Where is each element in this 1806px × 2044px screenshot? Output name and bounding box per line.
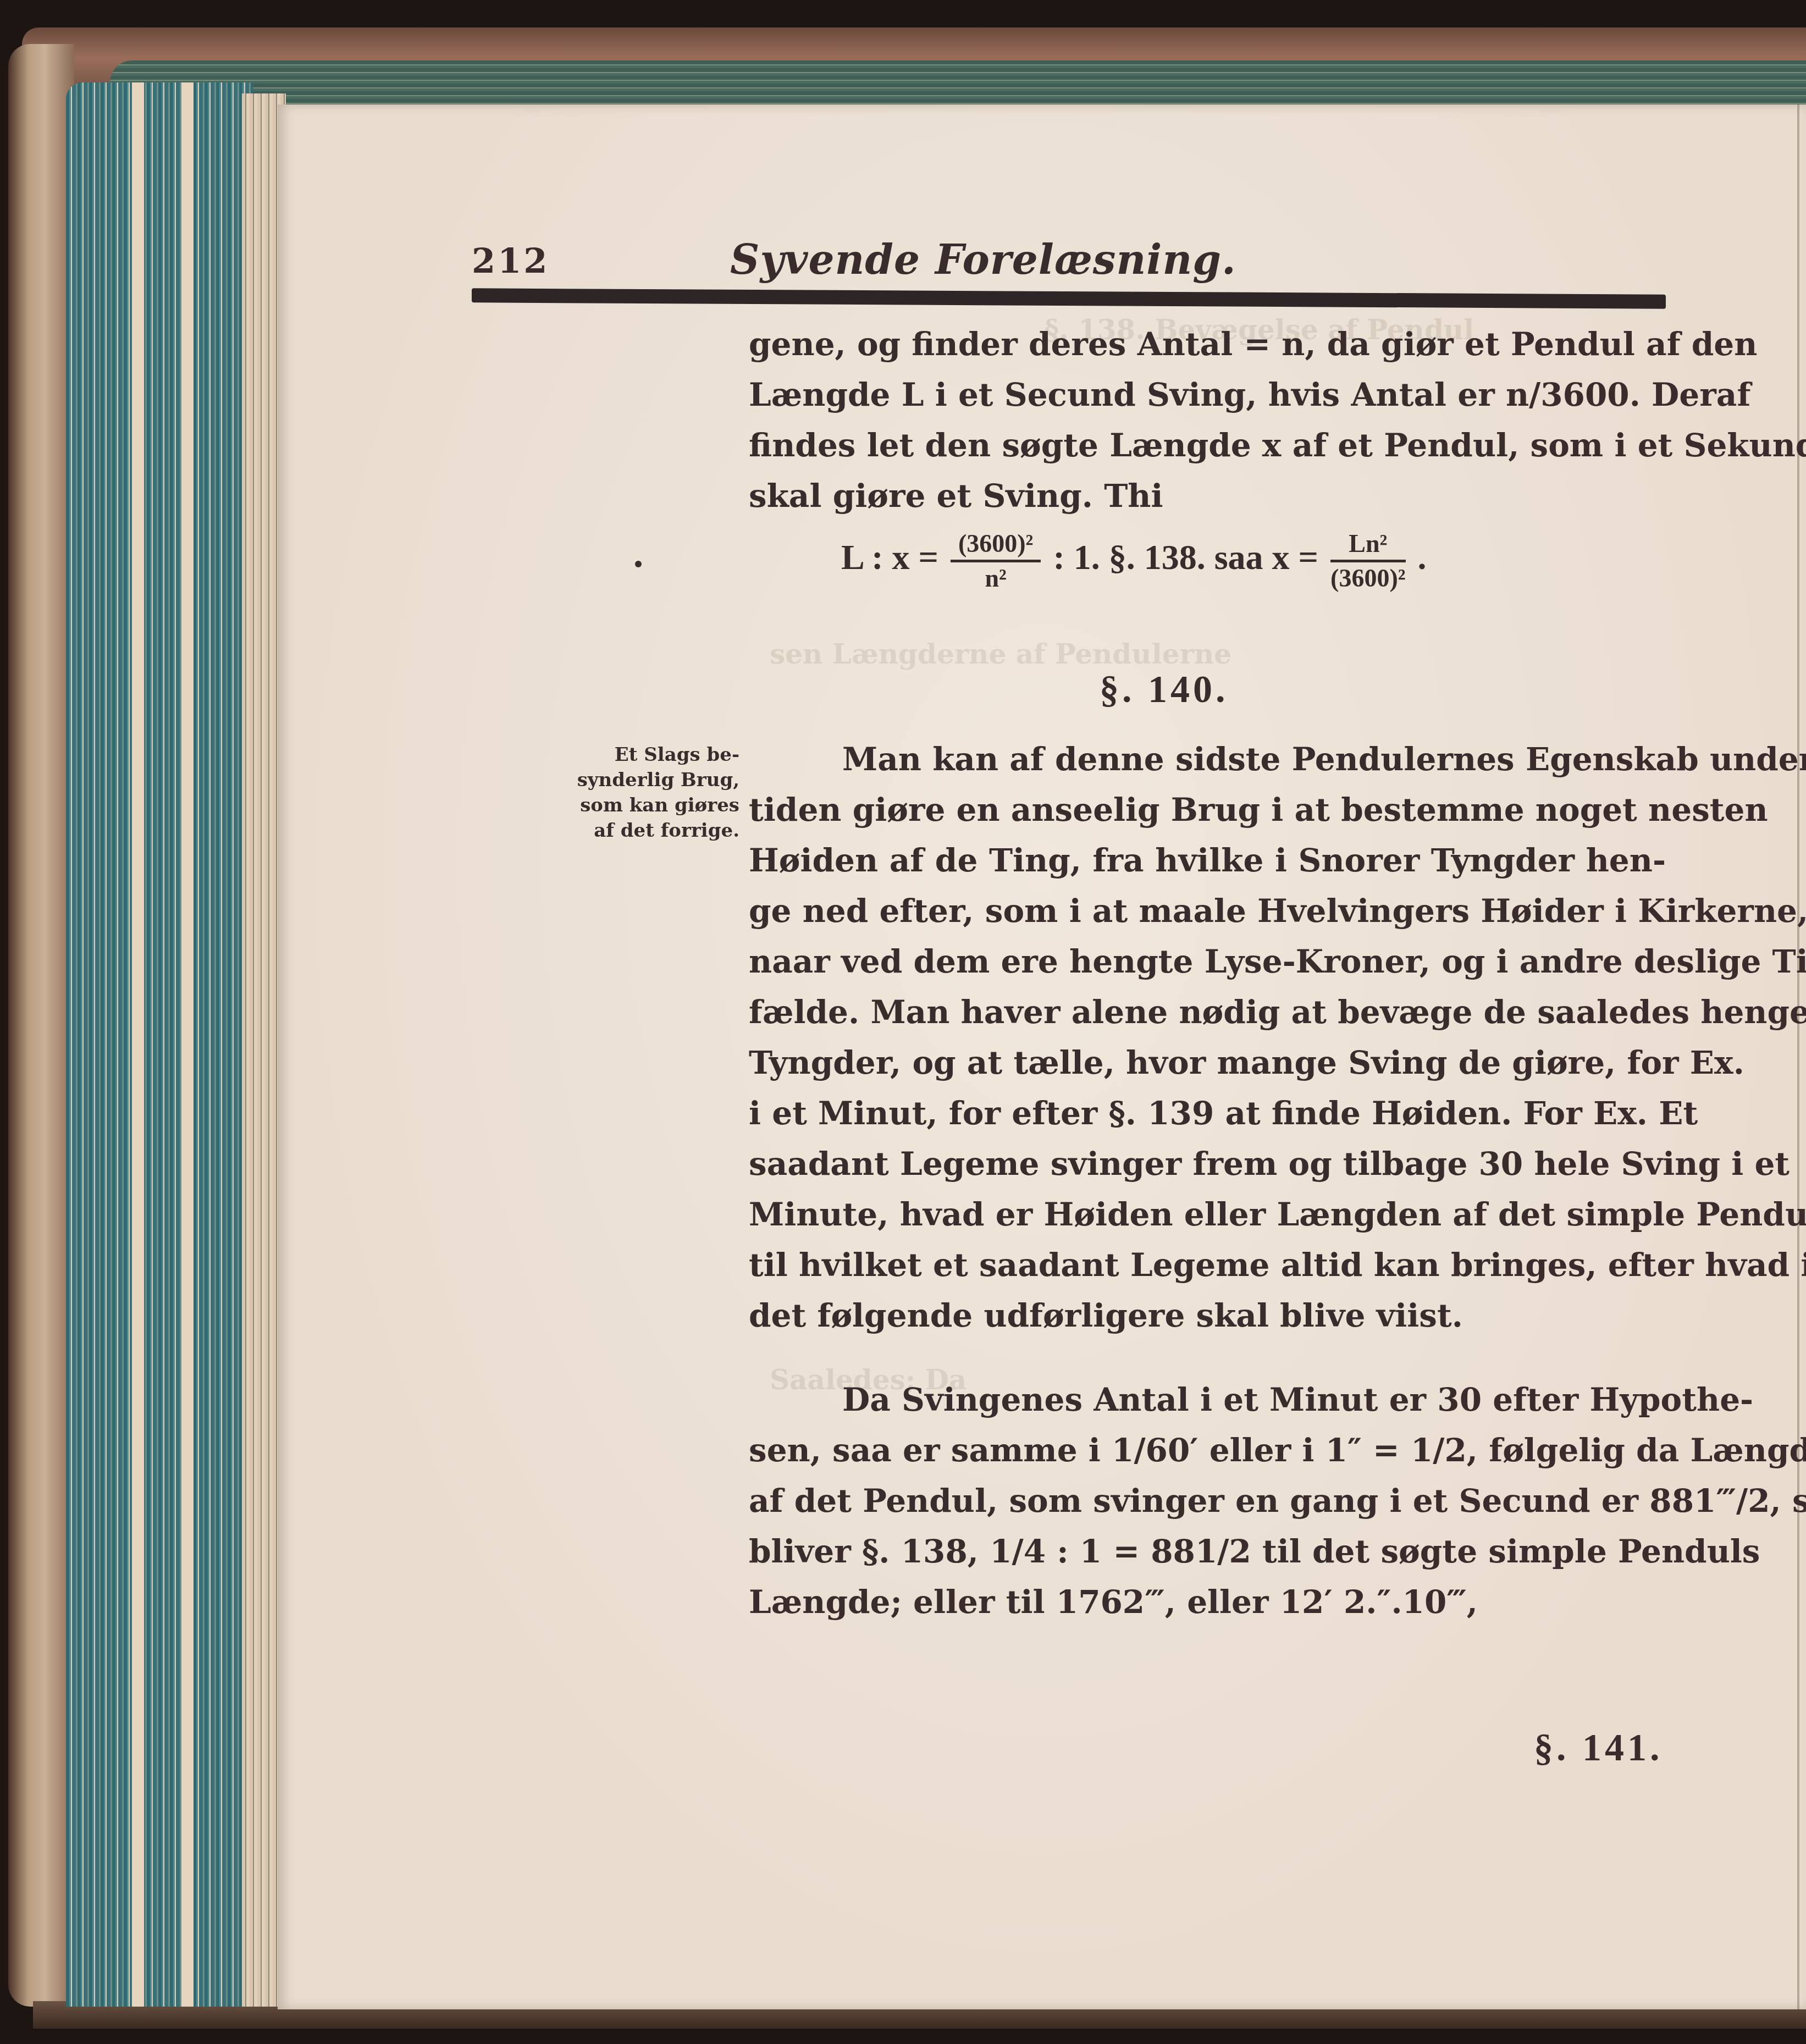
catchword: §. 141. xyxy=(1534,1726,1663,1770)
section-140-paragraph-1: Man kan af denne sidste Pendulernes Egen… xyxy=(749,734,1666,1341)
running-title: Syvende Forelæsning. xyxy=(730,236,1236,284)
text-line: ge ned efter, som i at maale Hvelvingers… xyxy=(749,886,1666,936)
page-header: 212 Syvende Forelæsning. xyxy=(472,236,1666,291)
margin-note-line: som kan giøres xyxy=(575,793,739,818)
text-line: det følgende udførligere skal blive viis… xyxy=(749,1290,1666,1341)
text-line: tiden giøre en anseelig Brug i at bestem… xyxy=(749,785,1666,835)
text-line: af det Pendul, som svinger en gang i et … xyxy=(749,1476,1666,1526)
section-140-paragraph-2: Da Svingenes Antal i et Minut er 30 efte… xyxy=(749,1374,1666,1627)
section-heading-140: §. 140. xyxy=(1100,668,1229,712)
pendulum-formula: L : x = (3600)² n² : 1. §. 138. saa x = … xyxy=(841,528,1556,594)
fraction-denominator: n² xyxy=(951,562,1041,594)
book-photo: §. 138. Bevægelse af Pendul sen Længdern… xyxy=(0,0,1806,2044)
text-line: sen, saa er samme i 1/60′ eller i 1″ = 1… xyxy=(749,1425,1666,1476)
page-number: 212 xyxy=(472,241,549,281)
fraction-numerator: (3600)² xyxy=(951,528,1041,562)
text-line: naar ved dem ere hengte Lyse-Kroner, og … xyxy=(749,936,1666,987)
page-fold-line xyxy=(1797,104,1799,2009)
page-stack-top-edge xyxy=(110,60,1806,110)
formula-end: . xyxy=(1418,538,1427,577)
text-line: findes let den søgte Længde x af et Pend… xyxy=(749,420,1666,471)
page-gap xyxy=(132,82,144,2007)
text-line: saadant Legeme svinger frem og tilbage 3… xyxy=(749,1139,1666,1189)
text-line: Høiden af de Ting, fra hvilke i Snorer T… xyxy=(749,835,1666,886)
text-line: Længde; eller til 1762‴, eller 12′ 2.″.1… xyxy=(749,1577,1666,1627)
margin-note-line: Et Slags be- xyxy=(575,742,739,767)
continued-paragraph: gene, og finder deres Antal = n, da giør… xyxy=(749,319,1666,521)
text-line: Man kan af denne sidste Pendulernes Egen… xyxy=(749,734,1666,785)
formula-fraction-2: Ln² (3600)² xyxy=(1330,528,1405,594)
text-line: i et Minut, for efter §. 139 at finde Hø… xyxy=(749,1088,1666,1139)
text-line: fælde. Man haver alene nødig at bevæge d… xyxy=(749,987,1666,1037)
text-line: Længde L i et Secund Sving, hvis Antal e… xyxy=(749,369,1666,420)
text-line: skal giøre et Sving. Thi xyxy=(749,471,1666,521)
fraction-denominator: (3600)² xyxy=(1330,562,1405,594)
text-line: bliver §. 138, 1/4 : 1 = 881/2 til det s… xyxy=(749,1526,1666,1577)
text-line: Minute, hvad er Høiden eller Længden af … xyxy=(749,1189,1666,1240)
fraction-numerator: Ln² xyxy=(1330,528,1405,562)
margin-note-line: af det forrige. xyxy=(575,818,739,843)
page-gap xyxy=(181,82,194,2007)
formula-lhs: L : x = xyxy=(841,538,938,577)
text-line: Tyngder, og at tælle, hvor mange Sving d… xyxy=(749,1037,1666,1088)
text-line: gene, og finder deres Antal = n, da giør… xyxy=(749,319,1666,369)
page-stack-fore-edge xyxy=(66,82,253,2007)
leather-cover-spine-edge xyxy=(8,44,74,2007)
bleed-through-text: sen Længderne af Pendulerne xyxy=(770,638,1231,670)
text-line: Da Svingenes Antal i et Minut er 30 efte… xyxy=(749,1374,1666,1425)
margin-note-line: synderlig Brug, xyxy=(575,767,739,793)
text-line: til hvilket et saadant Legeme altid kan … xyxy=(749,1240,1666,1290)
formula-middle: : 1. §. 138. saa x = xyxy=(1053,538,1318,577)
margin-dot xyxy=(635,561,642,567)
margin-note: Et Slags be- synderlig Brug, som kan giø… xyxy=(575,742,739,843)
formula-fraction-1: (3600)² n² xyxy=(951,528,1041,594)
